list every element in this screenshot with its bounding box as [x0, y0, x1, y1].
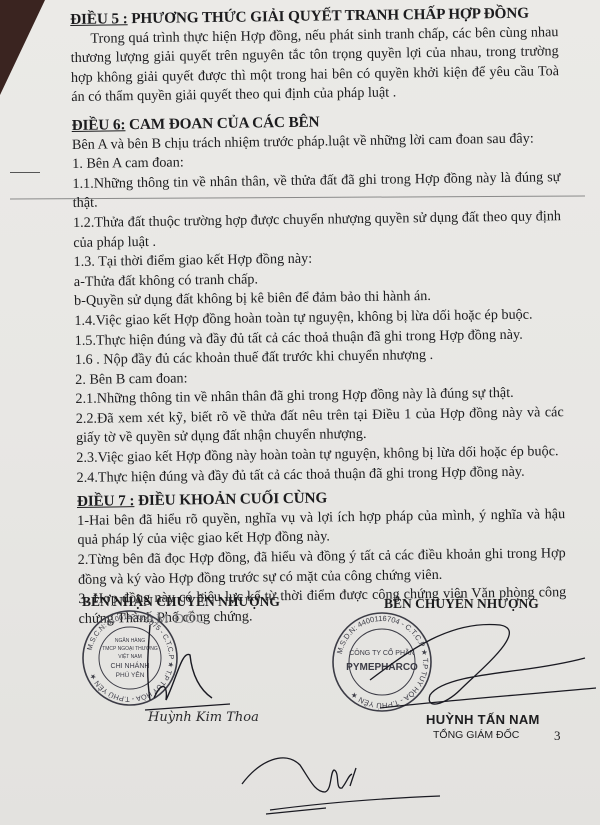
article-6-item: 1.1.Những thông tin về nhân thân, về thử… — [72, 168, 560, 214]
article-5-body: Trong quá trình thực hiện Hợp đồng, nếu … — [70, 23, 559, 108]
article-6-item: 2.2.Đã xem xét kỹ, biết rõ về thửa đất n… — [76, 403, 564, 449]
signature-left — [120, 620, 240, 720]
table-corner-background — [0, 0, 45, 95]
transferor-signatory-name: HUỲNH TẤN NAM — [426, 712, 540, 727]
page-number: 3 — [554, 728, 561, 744]
article-7-number: ĐIỀU 7 : — [77, 492, 135, 510]
article-6-item: 1.2.Thửa đất thuộc trường hợp được chuyể… — [73, 207, 561, 253]
article-7-item: 1-Hai bên đã hiểu rõ quyền, nghĩa vụ và … — [77, 505, 565, 551]
transferor-signatory-position: TỔNG GIÁM ĐỐC — [433, 729, 519, 741]
document-body: ĐIỀU 5 : PHƯƠNG THỨC GIẢI QUYẾT TRANH CH… — [70, 0, 567, 629]
article-5-number: ĐIỀU 5 : — [70, 10, 128, 28]
article-7-title: ĐIỀU KHOẢN CUỐI CÙNG — [138, 490, 327, 510]
transferee-signatory-name: Huỳnh Kim Thoa — [148, 710, 259, 725]
article-6-number: ĐIỀU 6: — [72, 116, 126, 134]
document-page: ĐIỀU 5 : PHƯƠNG THỨC GIẢI QUYẾT TRANH CH… — [0, 0, 600, 825]
signature-bottom — [230, 750, 480, 820]
article-6-title: CAM ĐOAN CỦA CÁC BÊN — [129, 113, 320, 133]
article-7-item: 2.Từng bên đã đọc Hợp đồng, đã hiểu và đ… — [78, 544, 566, 590]
margin-mark — [10, 172, 40, 173]
